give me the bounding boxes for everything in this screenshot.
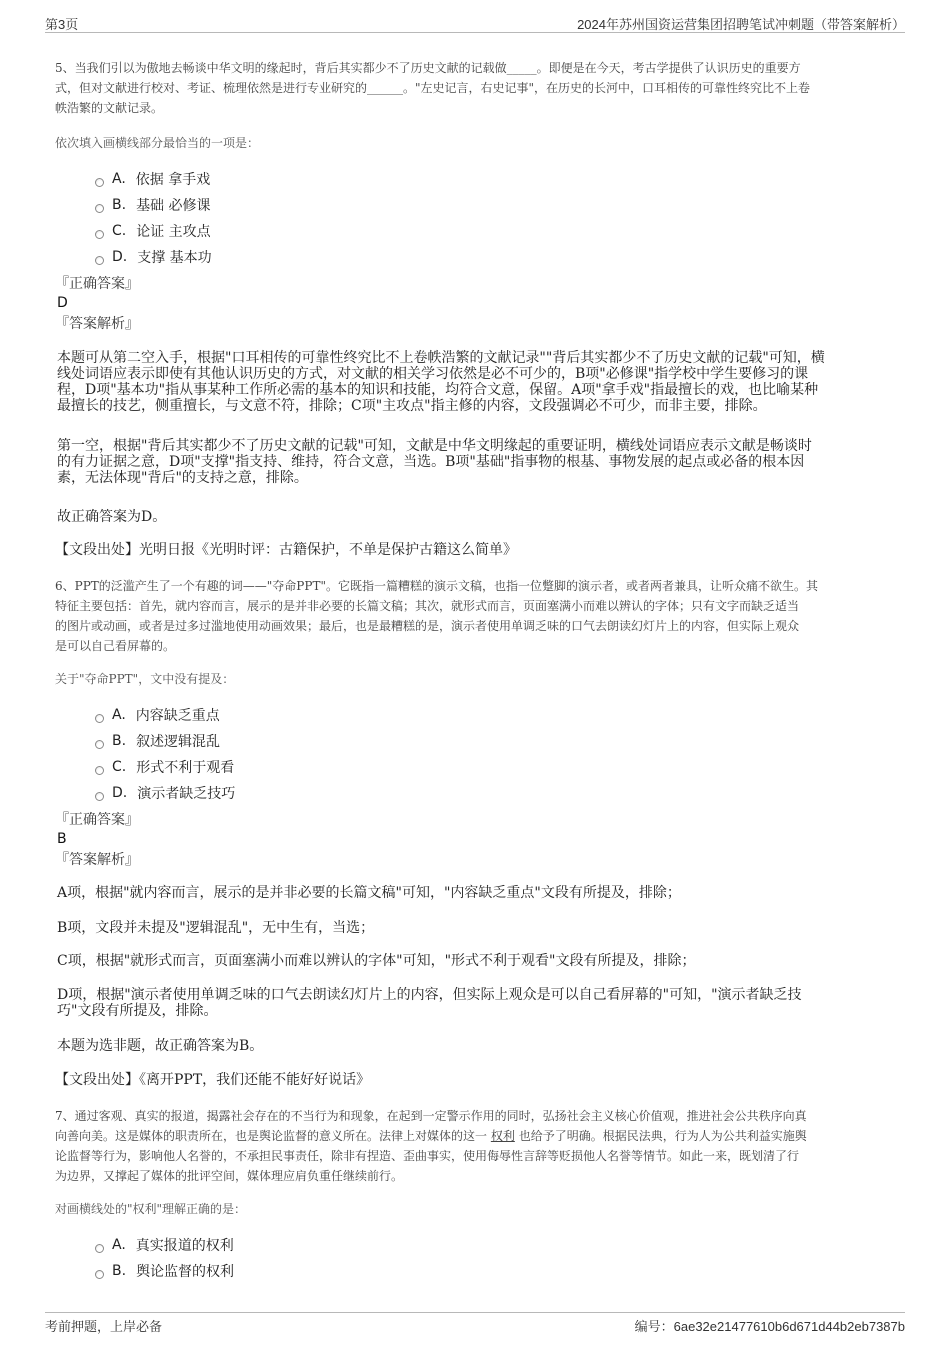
option-c[interactable]: C. 论证 主攻点 xyxy=(95,218,212,244)
analysis-label: 『答案解析』 xyxy=(55,315,900,333)
option-text: 形式不利于观看 xyxy=(136,757,234,777)
analysis-conclusion: 本题为选非题，故正确答案为B。 xyxy=(55,1038,902,1054)
option-letter: B. xyxy=(112,1263,126,1279)
analysis-option-c: C项，根据"就形式而言，页面塞满小而难以辨认的字体"可知，"形式不利于观看"文段… xyxy=(55,953,902,969)
option-text: 支撑 基本功 xyxy=(137,247,211,267)
option-text: 依据 拿手戏 xyxy=(136,169,210,189)
option-text: 基础 必修课 xyxy=(136,195,210,215)
source-citation: 【文段出处】《离开PPT，我们还能不能好好说话》 xyxy=(55,1071,900,1089)
analysis-paragraph: 第一空，根据"背后其实都少不了历史文献的记载"可知，文献是中华文明缘起的重要证明… xyxy=(55,438,902,486)
question-6-options: A. 内容缺乏重点 B. 叙述逻辑混乱 C. 形式不利于观看 D. 演示者缺乏技… xyxy=(95,702,235,806)
radio-button[interactable] xyxy=(95,256,104,265)
option-letter: B. xyxy=(112,197,126,213)
option-letter: A. xyxy=(112,707,126,723)
stem-line: 特征主要包括：首先，就内容而言，展示的是并非必要的长篇文稿；其次，就形式而言，页… xyxy=(55,596,900,616)
stem-text: 也给予了明确。根据民法典，行为人为公共利益实施舆 xyxy=(519,1129,807,1143)
option-text: 真实报道的权利 xyxy=(136,1235,234,1255)
analysis-line: 巧"文段有所提及，排除。 xyxy=(57,1003,902,1019)
stem-line: 的图片或动画，或者是过多过滥地使用动画效果；最后，也是最糟糕的是，演示者使用单调… xyxy=(55,616,900,636)
question-5-stem: 5、当我们引以为傲地去畅谈中华文明的缘起时，背后其实都少不了历史文献的记载做__… xyxy=(55,58,900,118)
analysis-label: 『答案解析』 xyxy=(55,851,900,869)
option-letter: C. xyxy=(112,223,126,239)
radio-button[interactable] xyxy=(95,204,104,213)
option-text: 舆论监督的权利 xyxy=(136,1261,234,1281)
option-b[interactable]: B. 舆论监督的权利 xyxy=(95,1258,234,1284)
option-c[interactable]: C. 形式不利于观看 xyxy=(95,754,235,780)
analysis-line: 程，D项"基本功"指从事某种工作所必需的基本的知识和技能，均符合文意，保留。A项… xyxy=(57,382,902,398)
option-letter: B. xyxy=(112,733,126,749)
stem-line: 为边界，又撑起了媒体的批评空间，媒体理应肩负重任继续前行。 xyxy=(55,1166,900,1186)
analysis-option-d: D项，根据"演示者使用单调乏味的口气去朗读幻灯片上的内容，但实际上观众是可以自己… xyxy=(55,987,902,1019)
code-label: 编号： xyxy=(635,1319,674,1334)
correct-answer-label: 『正确答案』 xyxy=(55,275,900,293)
correct-answer-value: B xyxy=(55,830,902,848)
analysis-line: 本题可从第二空入手，根据"口耳相传的可靠性终究比不上卷帙浩繁的文献记录""背后其… xyxy=(57,350,902,366)
analysis-paragraph: 本题可从第二空入手，根据"口耳相传的可靠性终究比不上卷帙浩繁的文献记录""背后其… xyxy=(55,350,902,414)
document-title: 2024年苏州国资运营集团招聘笔试冲刺题（带答案解析） xyxy=(577,14,905,33)
option-text: 论证 主攻点 xyxy=(136,221,210,241)
analysis-line: 素，无法体现"背后"的支持之意，排除。 xyxy=(57,470,902,486)
underlined-term: 权利 xyxy=(491,1129,515,1143)
radio-button[interactable] xyxy=(95,766,104,775)
option-text: 演示者缺乏技巧 xyxy=(137,783,235,803)
stem-text: 向善向美。这是媒体的职责所在，也是舆论监督的意义所在。法律上对媒体的这一 xyxy=(55,1129,487,1143)
analysis-line: 线处词语应表示即使有其他认识历史的方式，对文献的相关学习依然是必不可少的，B项"… xyxy=(57,366,902,382)
option-d[interactable]: D. 演示者缺乏技巧 xyxy=(95,780,235,806)
stem-line: 5、当我们引以为傲地去畅谈中华文明的缘起时，背后其实都少不了历史文献的记载做__… xyxy=(55,58,900,78)
page-header: 第3页 2024年苏州国资运营集团招聘笔试冲刺题（带答案解析） xyxy=(45,12,905,33)
question-6-stem: 6、PPT的泛滥产生了一个有趣的词——"夺命PPT"。它既指一篇糟糕的演示文稿，… xyxy=(55,576,900,656)
stem-line: 是可以自己看屏幕的。 xyxy=(55,636,900,656)
page-number: 第3页 xyxy=(45,14,78,33)
analysis-line: 的有力证据之意，D项"支撑"指支持、维持，符合文意，当选。B项"基础"指事物的根… xyxy=(57,454,902,470)
correct-answer-label: 『正确答案』 xyxy=(55,811,900,829)
analysis-conclusion: 故正确答案为D。 xyxy=(55,509,902,525)
radio-button[interactable] xyxy=(95,230,104,239)
code-value: 6ae32e21477610b6d671d44b2eb7387b xyxy=(674,1319,905,1334)
analysis-line: 最擅长的技艺，侧重擅长，与文意不符，排除；C项"主攻点"指主修的内容，文段强调必… xyxy=(57,398,902,414)
option-letter: D. xyxy=(112,249,127,265)
option-b[interactable]: B. 基础 必修课 xyxy=(95,192,212,218)
stem-line: 6、PPT的泛滥产生了一个有趣的词——"夺命PPT"。它既指一篇糟糕的演示文稿，… xyxy=(55,576,900,596)
option-letter: A. xyxy=(112,1237,126,1253)
analysis-option-b: B项，文段并未提及"逻辑混乱"，无中生有，当选； xyxy=(55,920,902,936)
analysis-line: D项，根据"演示者使用单调乏味的口气去朗读幻灯片上的内容，但实际上观众是可以自己… xyxy=(57,987,902,1003)
question-7-stem: 7、通过客观、真实的报道，揭露社会存在的不当行为和现象，在起到一定警示作用的同时… xyxy=(55,1106,900,1186)
option-text: 叙述逻辑混乱 xyxy=(136,731,220,751)
option-a[interactable]: A. 真实报道的权利 xyxy=(95,1232,234,1258)
question-5-prompt: 依次填入画横线部分最恰当的一项是： xyxy=(55,134,900,152)
radio-button[interactable] xyxy=(95,178,104,187)
option-d[interactable]: D. 支撑 基本功 xyxy=(95,244,212,270)
source-citation: 【文段出处】光明日报《光明时评：古籍保护，不单是保护古籍这么简单》 xyxy=(55,541,900,559)
option-letter: A. xyxy=(112,171,126,187)
option-letter: D. xyxy=(112,785,127,801)
question-7-prompt: 对画横线处的"权利"理解正确的是： xyxy=(55,1200,900,1218)
stem-line: 7、通过客观、真实的报道，揭露社会存在的不当行为和现象，在起到一定警示作用的同时… xyxy=(55,1106,900,1126)
page-footer: 考前押题，上岸必备 编号：6ae32e21477610b6d671d44b2eb… xyxy=(45,1312,905,1335)
radio-button[interactable] xyxy=(95,714,104,723)
option-letter: C. xyxy=(112,759,126,775)
stem-line: 式，但对文献进行校对、考证、梳理依然是进行专业研究的______。"左史记言，右… xyxy=(55,78,900,98)
radio-button[interactable] xyxy=(95,740,104,749)
question-7-options: A. 真实报道的权利 B. 舆论监督的权利 xyxy=(95,1232,234,1284)
correct-answer-value: D xyxy=(55,294,902,312)
radio-button[interactable] xyxy=(95,1244,104,1253)
option-a[interactable]: A. 依据 拿手戏 xyxy=(95,166,212,192)
document-code: 编号：6ae32e21477610b6d671d44b2eb7387b xyxy=(635,1316,905,1335)
option-text: 内容缺乏重点 xyxy=(136,705,220,725)
analysis-option-a: A项，根据"就内容而言，展示的是并非必要的长篇文稿"可知，"内容缺乏重点"文段有… xyxy=(55,885,902,901)
option-a[interactable]: A. 内容缺乏重点 xyxy=(95,702,235,728)
question-5-options: A. 依据 拿手戏 B. 基础 必修课 C. 论证 主攻点 D. 支撑 基本功 xyxy=(95,166,212,270)
radio-button[interactable] xyxy=(95,1270,104,1279)
radio-button[interactable] xyxy=(95,792,104,801)
stem-line: 帙浩繁的文献记录。 xyxy=(55,98,900,118)
analysis-line: 第一空，根据"背后其实都少不了历史文献的记载"可知，文献是中华文明缘起的重要证明… xyxy=(57,438,902,454)
stem-line: 向善向美。这是媒体的职责所在，也是舆论监督的意义所在。法律上对媒体的这一 权利 … xyxy=(55,1126,900,1146)
stem-line: 论监督等行为，影响他人名誉的，不承担民事责任，除非有捏造、歪曲事实，使用侮辱性言… xyxy=(55,1146,900,1166)
question-6-prompt: 关于"夺命PPT"，文中没有提及： xyxy=(55,670,900,688)
footer-slogan: 考前押题，上岸必备 xyxy=(45,1316,162,1335)
option-b[interactable]: B. 叙述逻辑混乱 xyxy=(95,728,235,754)
